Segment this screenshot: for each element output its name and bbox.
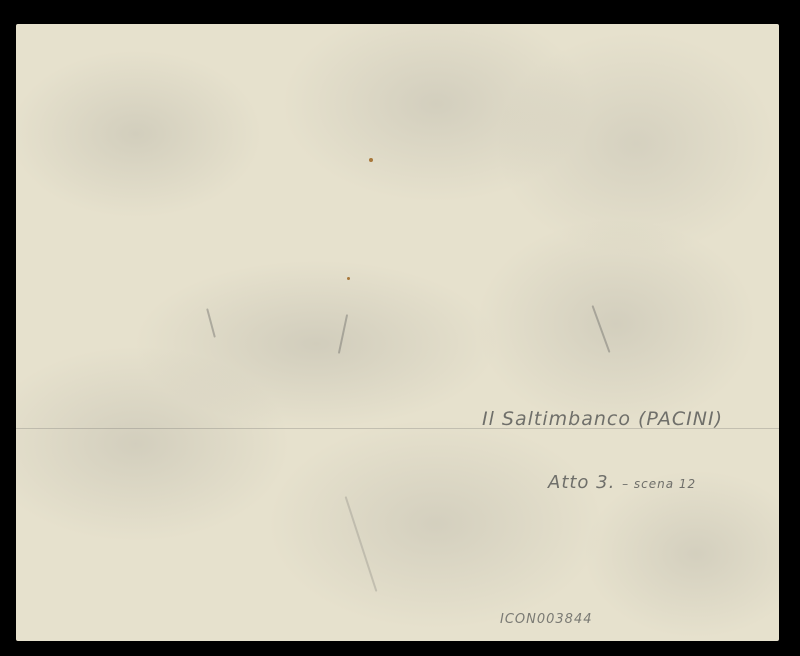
pencil-act-annotation: Atto 3. – scena 12	[548, 472, 696, 493]
catalog-number: ICON003844	[500, 612, 593, 627]
scene-number: – scena 12	[622, 477, 696, 491]
crease-mark	[206, 308, 216, 337]
act-number: Atto 3.	[548, 472, 615, 493]
pencil-title-annotation: Il Saltimbanco (PACINI)	[482, 408, 723, 430]
crease-mark	[345, 496, 378, 592]
crease-mark	[338, 314, 348, 354]
foxing-spot	[369, 158, 373, 162]
paper-sheet: Il Saltimbanco (PACINI) Atto 3. – scena …	[16, 24, 779, 641]
foxing-spot	[347, 277, 350, 280]
crease-mark	[592, 305, 611, 353]
